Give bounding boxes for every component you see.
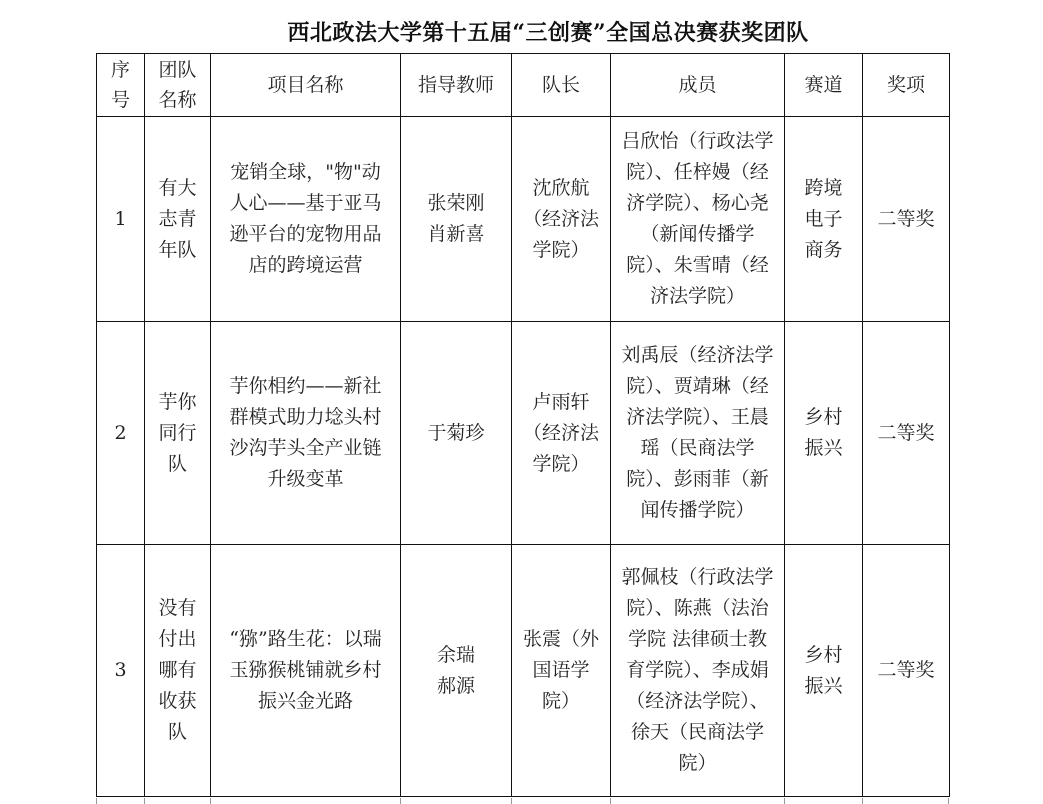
cell-members: 刘禹辰（经济法学院）、贾靖琳（经济法学院）、王晨瑶（民商法学院）、彭雨菲（新闻传… xyxy=(611,322,785,545)
cell-captain: 张震（外国语学院） xyxy=(512,545,611,797)
table-row: 2 芋你同行队 芋你相约——新社群模式助力埝头村沙沟芋头全产业链升级变革 于菊珍… xyxy=(97,322,950,545)
cell-project-name: 芋你相约——新社群模式助力埝头村沙沟芋头全产业链升级变革 xyxy=(211,322,401,545)
cell-track: 乡村振兴 xyxy=(785,545,863,797)
cell-captain: 卢雨轩（经济法学院） xyxy=(512,322,611,545)
page-break-marker xyxy=(144,798,145,804)
header-team-name: 团队名称 xyxy=(145,54,211,117)
header-index: 序号 xyxy=(97,54,145,117)
header-award: 奖项 xyxy=(863,54,950,117)
table-row: 1 有大志青年队 宠销全球，"物"动人心——基于亚马逊平台的宠物用品店的跨境运营… xyxy=(97,117,950,322)
cell-index: 1 xyxy=(97,117,145,322)
cell-captain: 沈欣航（经济法学院） xyxy=(512,117,611,322)
cell-track: 乡村振兴 xyxy=(785,322,863,545)
page-break-marker xyxy=(948,798,949,804)
header-advisor: 指导教师 xyxy=(401,54,512,117)
page-break-marker xyxy=(511,798,512,804)
cell-team-name: 没有付出哪有收获队 xyxy=(145,545,211,797)
cell-team-name: 芋你同行队 xyxy=(145,322,211,545)
page-break-marker xyxy=(96,798,97,804)
cell-advisor: 张荣刚 肖新喜 xyxy=(401,117,512,322)
table-header-row: 序号 团队名称 项目名称 指导教师 队长 成员 赛道 奖项 xyxy=(97,54,950,117)
cell-award: 二等奖 xyxy=(863,322,950,545)
header-project-name: 项目名称 xyxy=(211,54,401,117)
header-track: 赛道 xyxy=(785,54,863,117)
awards-table: 序号 团队名称 项目名称 指导教师 队长 成员 赛道 奖项 1 有大志青年队 宠… xyxy=(96,53,950,797)
cell-track: 跨境电子商务 xyxy=(785,117,863,322)
cell-project-name: “猕”路生花：以瑞玉猕猴桃铺就乡村振兴金光路 xyxy=(211,545,401,797)
cell-members: 郭佩枝（行政法学院）、陈燕（法治学院 法律硕士教育学院）、李成娟（经济法学院）、… xyxy=(611,545,785,797)
page-break-marker xyxy=(784,798,785,804)
cell-project-name: 宠销全球，"物"动人心——基于亚马逊平台的宠物用品店的跨境运营 xyxy=(211,117,401,322)
cell-index: 2 xyxy=(97,322,145,545)
cell-advisor: 余瑞 郝源 xyxy=(401,545,512,797)
page-break-marker xyxy=(400,798,401,804)
cell-award: 二等奖 xyxy=(863,545,950,797)
header-members: 成员 xyxy=(611,54,785,117)
cell-team-name: 有大志青年队 xyxy=(145,117,211,322)
page-break-marker xyxy=(862,798,863,804)
cell-advisor: 于菊珍 xyxy=(401,322,512,545)
page-break-marker xyxy=(210,798,211,804)
table-row: 3 没有付出哪有收获队 “猕”路生花：以瑞玉猕猴桃铺就乡村振兴金光路 余瑞 郝源… xyxy=(97,545,950,797)
header-captain: 队长 xyxy=(512,54,611,117)
document-title: 西北政法大学第十五届“三创赛”全国总决赛获奖团队 xyxy=(0,18,1043,48)
cell-award: 二等奖 xyxy=(863,117,950,322)
cell-members: 吕欣怡（行政法学院）、任梓嫚（经济学院）、杨心尧（新闻传播学院）、朱雪晴（经济法… xyxy=(611,117,785,322)
cell-index: 3 xyxy=(97,545,145,797)
page-break-marker xyxy=(610,798,611,804)
